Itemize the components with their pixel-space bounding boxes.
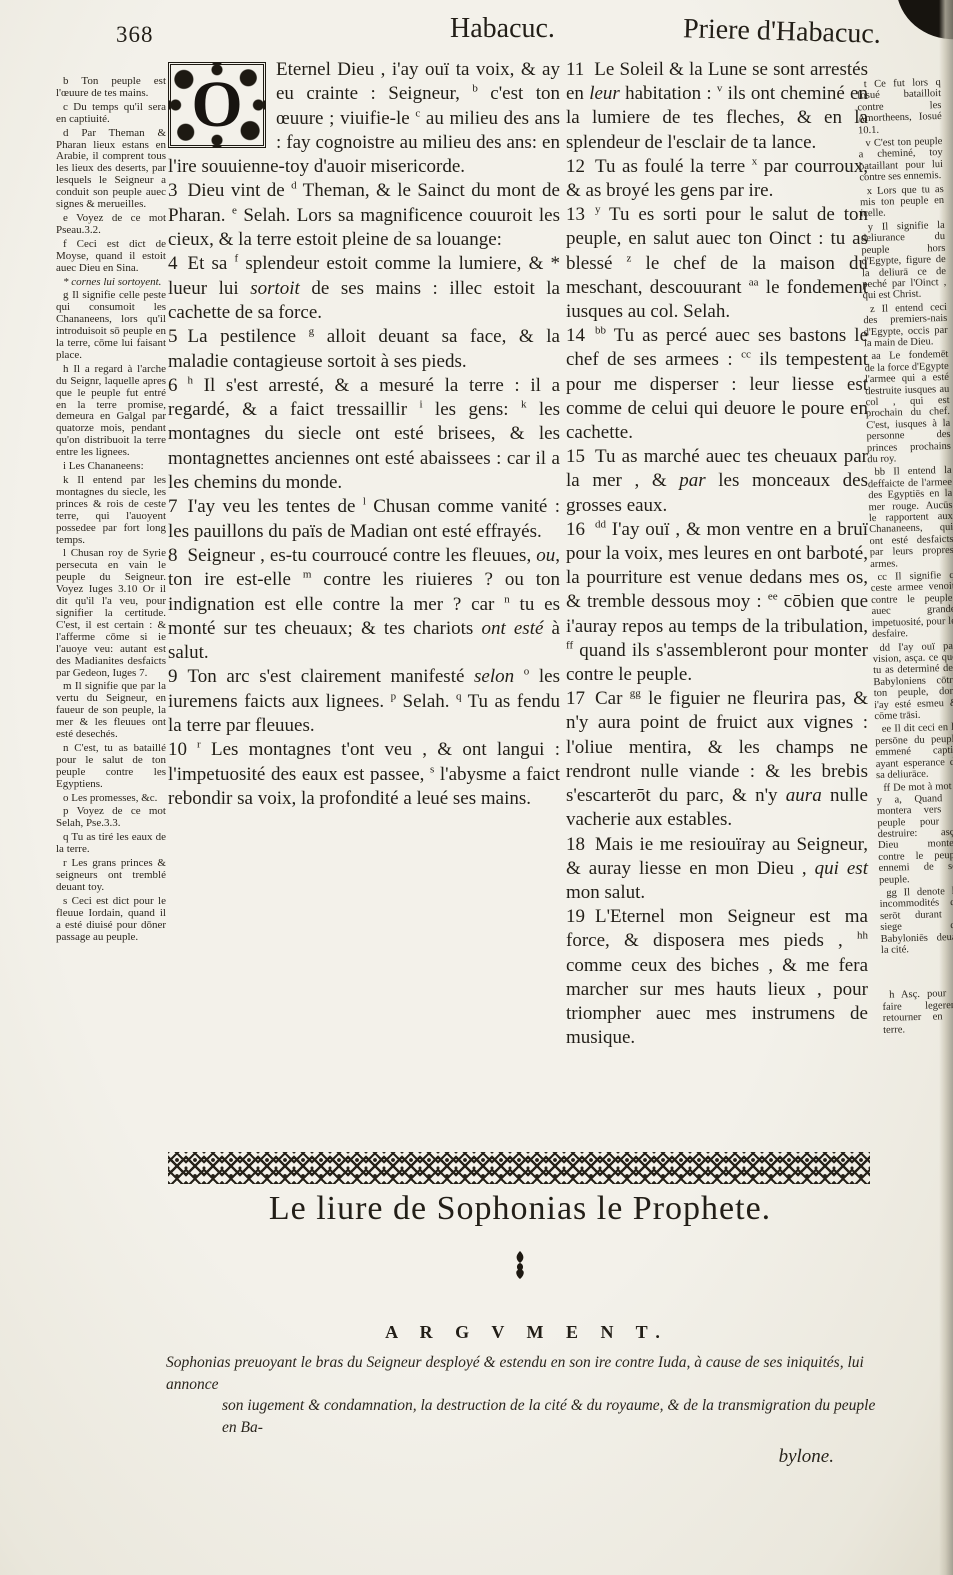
verse: 9Ton arc s'est clairement manifesté selo… <box>168 665 560 738</box>
margin-note: b Ton peuple est l'œuure de tes mains. <box>56 76 166 100</box>
verse-number: 5 <box>168 326 188 347</box>
verse: 17Car gg le figuier ne fleurira pas, & n… <box>566 687 868 832</box>
margin-note: p Voyez de ce mot Selah, Pse.3.3. <box>56 806 166 830</box>
verse-number: 18 <box>566 834 595 855</box>
margin-note: v C'est ton peuple a cheminé, toy batail… <box>858 136 943 184</box>
margin-note: d Par Theman & Pharan lieux estans en Ar… <box>56 128 166 211</box>
margin-note: z Il entend ceci des premiers-nais d'Egy… <box>863 302 948 350</box>
margin-note: s Ceci est dict pour le fleuue Iordain, … <box>56 896 166 944</box>
margin-note: e Voyez de ce mot Pseau.3.2. <box>56 213 166 237</box>
margin-note: h Asç. pour me faire legeremēt retourner… <box>882 988 953 1036</box>
verse: 13y Tu es sorti pour le salut de ton peu… <box>566 203 868 324</box>
running-title-right: Priere d'Habacuc. <box>683 13 882 51</box>
margin-note: * cornes lui sortoyent. <box>56 277 166 289</box>
verse: 14bb Tu as percé auec ses bastons le che… <box>566 324 868 445</box>
margin-note: ff De mot à mot il y a, Quand il montera… <box>876 781 953 886</box>
verse-number: 7 <box>168 496 188 517</box>
verse-number: 12 <box>566 156 595 177</box>
margin-note: k Il entend par les montagnes du siecle,… <box>56 475 166 546</box>
verse: 3Dieu vint de d Theman, & le Sainct du m… <box>168 179 560 252</box>
margin-note: gg Il denote les incommodités qui serōt … <box>879 886 953 957</box>
margin-note: c Du temps qu'il sera en captiuité. <box>56 102 166 126</box>
margin-note: q Tu as tiré les eaux de la terre. <box>56 832 166 856</box>
argument-tail: bylone. <box>166 1446 886 1468</box>
margin-note: g Il signifie celle peste qui consumoit … <box>56 290 166 361</box>
verse: 10r Les montagnes t'ont veu , & ont lang… <box>168 738 560 811</box>
verse-number: 13 <box>566 204 595 225</box>
argument-heading: A R G V M E N T. <box>174 1322 880 1343</box>
verse-number: 6 <box>168 375 188 396</box>
verse: 15Tu as marché auec tes cheuaux par la m… <box>566 445 868 518</box>
margin-note: cc Il signifie q ceste armee venoit cont… <box>870 570 953 641</box>
margin-note: r Les grans princes & seigneurs ont trem… <box>56 858 166 894</box>
fleuron-icon <box>170 1250 870 1285</box>
verse: OEternel Dieu , i'ay ouï ta voix, & ay e… <box>168 58 560 179</box>
scanned-book-page: 368 Habacuc. Priere d'Habacuc. b Ton peu… <box>0 0 953 1575</box>
margin-note: dd I'ay ouï par vision, asça. ce que tu … <box>872 640 953 722</box>
verse-number: 16 <box>566 519 595 540</box>
margin-note: aa Le fondemēt de la force d'Egypte l'ar… <box>864 349 951 465</box>
verse: 16dd I'ay ouï , & mon ventre en a bruï p… <box>566 518 868 687</box>
verse-number: 11 <box>566 59 594 80</box>
verse: 12Tu as foulé la terre x par courroux, &… <box>566 155 868 203</box>
margin-note: m Il signifie que par la vertu du Seigne… <box>56 681 166 741</box>
text-column-left: OEternel Dieu , i'ay ouï ta voix, & ay e… <box>168 58 560 811</box>
verse-number: 19 <box>566 906 595 927</box>
book-title: Le liure de Sophonias le Prophete. <box>170 1190 870 1228</box>
running-title-center: Habacuc. <box>450 13 555 45</box>
margin-note: l Chusan roy de Syrie persecuta en vain … <box>56 548 166 679</box>
margin-note: y Il signifie la deliurance du peuple ho… <box>861 220 947 302</box>
margin-note: ee Il dit ceci en la persōne du peuple e… <box>875 722 953 781</box>
left-margin-notes: b Ton peuple est l'œuure de tes mains.c … <box>56 76 166 945</box>
verse: 11Le Soleil & la Lune se sont arrestés e… <box>566 58 868 155</box>
verse: 7I'ay veu les tentes de l Chusan comme v… <box>168 495 560 544</box>
argument-line-1: Sophonias preuoyant le bras du Seigneur … <box>166 1352 886 1395</box>
verse-number: 3 <box>168 180 188 201</box>
margin-note: i Les Chananeens: <box>56 461 166 473</box>
ornament-band <box>168 1152 870 1184</box>
verse: 18Mais ie me resiouïray au Seigneur, & a… <box>566 833 868 906</box>
verse-number: 10 <box>168 739 197 760</box>
verse-number: 17 <box>566 688 595 709</box>
verse-number: 8 <box>168 545 188 566</box>
margin-note: t Ce fut lors q Iosué batailloit contre … <box>857 77 943 136</box>
margin-note: h Il a regard à l'arche du Seignr, laque… <box>56 364 166 459</box>
margin-note: x Lors que tu as mis ton peuple en icell… <box>860 184 945 221</box>
argument-text: Sophonias preuoyant le bras du Seigneur … <box>166 1352 886 1468</box>
argument-line-2: son iugement & condamnation, la destruct… <box>166 1395 886 1438</box>
verse-number: 15 <box>566 446 595 467</box>
margin-note: bb Il entend la deffaicte de l'armee des… <box>867 465 953 570</box>
verse: 6h Il s'est arresté, & a mesuré la terre… <box>168 374 560 495</box>
verse-number: 14 <box>566 325 595 346</box>
verse-number: 4 <box>168 253 188 274</box>
margin-note: o Les promesses, &c. <box>56 793 166 805</box>
verse: 19L'Eternel mon Seigneur est ma force, &… <box>566 905 868 1050</box>
text-column-right: 11Le Soleil & la Lune se sont arrestés e… <box>566 58 868 1050</box>
drop-cap-initial: O <box>168 62 266 148</box>
verse: 8Seigneur , es-tu courroucé contre les f… <box>168 544 560 665</box>
margin-note: n C'est, tu as bataillé pour le salut de… <box>56 743 166 791</box>
margin-note: f Ceci est dict de Moyse, quand il estoi… <box>56 239 166 275</box>
verse: 4Et sa f splendeur estoit comme la lumie… <box>168 252 560 325</box>
right-margin-notes: t Ce fut lors q Iosué batailloit contre … <box>857 77 953 1038</box>
verse-number: 9 <box>168 666 188 687</box>
page-number: 368 <box>116 22 154 48</box>
verse: 5La pestilence g alloit deuant sa face, … <box>168 325 560 374</box>
